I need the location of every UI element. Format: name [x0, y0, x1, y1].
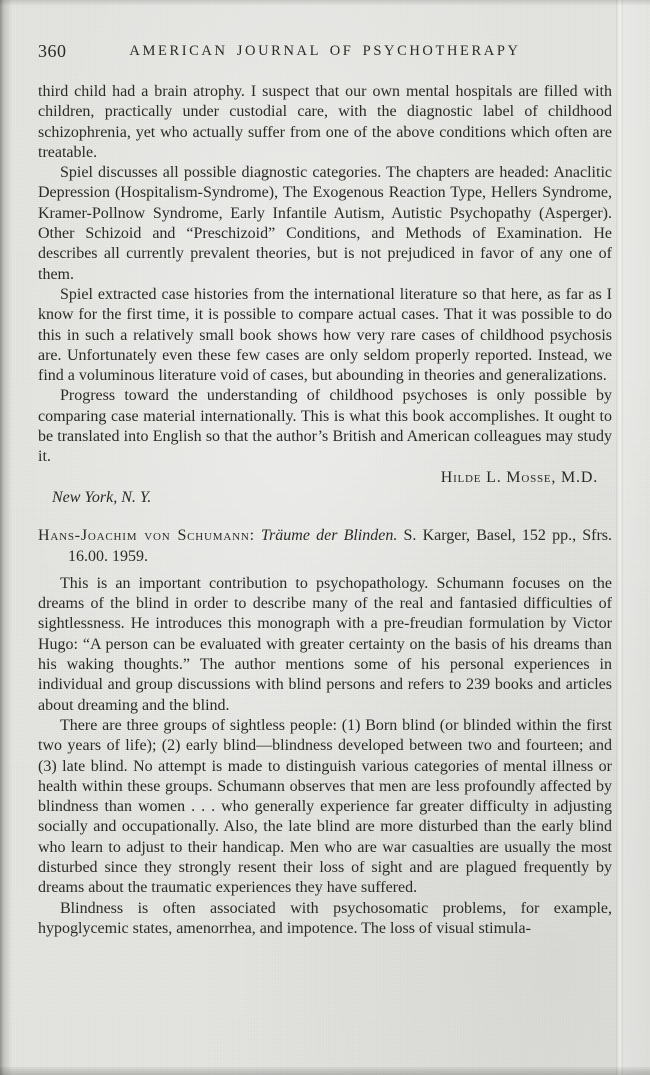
page-fold-line — [616, 0, 623, 1075]
scan-edge-bottom — [0, 1067, 650, 1075]
reviewer-signature: Hilde L. Mosse, M.D. — [38, 468, 612, 488]
page-content: 360 AMERICAN JOURNAL OF PSYCHOTHERAPY th… — [38, 41, 612, 939]
paragraph: This is an important contribution to psy… — [38, 574, 612, 716]
review-heading: Hans-Joachim von Schumann: Träume der Bl… — [38, 526, 612, 567]
reviewed-book-title: Träume der Blinden. — [261, 527, 397, 544]
running-head: 360 AMERICAN JOURNAL OF PSYCHOTHERAPY — [38, 41, 612, 61]
review-mosse-continuation: third child had a brain atrophy. I suspe… — [38, 82, 612, 508]
paragraph: Blindness is often associated with psych… — [38, 899, 612, 940]
scanned-journal-page: 360 AMERICAN JOURNAL OF PSYCHOTHERAPY th… — [0, 0, 650, 1075]
paragraph: Spiel extracted case histories from the … — [38, 285, 612, 386]
paragraph: Progress toward the understanding of chi… — [38, 386, 612, 467]
reviewer-location: New York, N. Y. — [38, 488, 612, 508]
scan-edge-left — [0, 0, 12, 1075]
journal-running-title: AMERICAN JOURNAL OF PSYCHOTHERAPY — [38, 41, 612, 60]
paragraph: third child had a brain atrophy. I suspe… — [38, 82, 612, 163]
review-schumann: Hans-Joachim von Schumann: Träume der Bl… — [38, 526, 612, 939]
paragraph: There are three groups of sightless peop… — [38, 716, 612, 899]
page-fold-highlight — [623, 0, 650, 1075]
page-number: 360 — [38, 41, 67, 62]
scan-edge-top — [0, 0, 650, 6]
paragraph: Spiel discusses all possible diagnostic … — [38, 163, 612, 285]
review-author: Hans-Joachim von Schumann: — [38, 527, 255, 544]
